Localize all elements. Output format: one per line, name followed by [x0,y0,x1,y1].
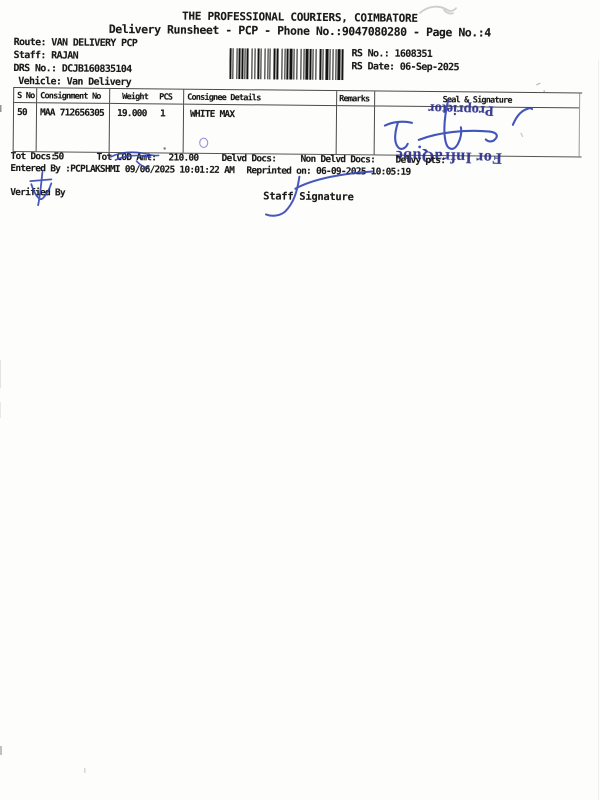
tot-cod-label: Tot COD Amt: [97,152,157,164]
col-consignment-no: Consignment No MAA 712656305 [36,88,110,152]
runsheet-document: THE PROFESSIONAL COURIERS, COIMBATORE De… [0,0,600,800]
col-s-no: S No 50 [13,88,37,151]
cell-weight-pcs: 19.000 1 [110,104,183,120]
header-s-no: S No [14,88,36,103]
staff-line: Staff: RAJAN [13,49,78,63]
delvy-pts-label: Delvy pts: [396,155,446,166]
col-weight-pcs: Weight PCS 19.000 1 [109,89,184,153]
stamp-text-proprietor: Proprietor [422,99,501,119]
verified-by-label: Verified By [10,187,65,199]
header-consignee: Consignee Details [184,90,336,106]
header-weight-pcs: Weight PCS [110,89,183,105]
route-line: Route: VAN DELIVERY PCP [14,36,138,50]
non-delvd-docs-label: Non Delvd Docs: [301,154,376,166]
cell-s-no: 50 [14,103,36,118]
staff-signature-label: Staff Signature [263,190,353,203]
reprinted-on-line: Reprinted on: 06-09-2025 10:05:19 [246,165,410,178]
col-remarks: Remarks [336,91,375,154]
cell-weight: 19.000 [117,108,147,119]
entered-by-line: Entered By :PCPLAKSHMI 09/06/2025 10:01:… [10,163,234,176]
cell-consignee: WHITE MAX [184,105,336,121]
cell-remarks [337,106,374,110]
col-consignee: Consignee Details WHITE MAX [183,90,337,154]
cell-consignment-no: MAA 712656305 [37,103,109,119]
tot-cod-value: 210.00 [169,152,199,163]
rs-date-line: RS Date: 06-Sep-2025 [351,60,459,74]
header-consignment-no: Consignment No [37,88,109,104]
scanned-runsheet-page: THE PROFESSIONAL COURIERS, COIMBATORE De… [0,0,600,800]
drs-no-line: DRS No.: DCJB160835104 [13,62,131,76]
consignment-table: S No 50 Consignment No MAA 712656305 Wei… [13,87,583,157]
rs-no-line: RS No.: 1608351 [352,47,433,61]
tot-docs-label: Tot Docs: [11,151,56,162]
header-pcs: PCS [159,92,172,103]
barcode-icon [229,48,345,80]
tot-docs-value: 50 [54,151,64,162]
cell-pcs: 1 [160,108,165,119]
header-remarks: Remarks [337,91,374,106]
delvd-docs-label: Delvd Docs: [222,153,277,165]
header-weight: Weight [122,92,148,103]
